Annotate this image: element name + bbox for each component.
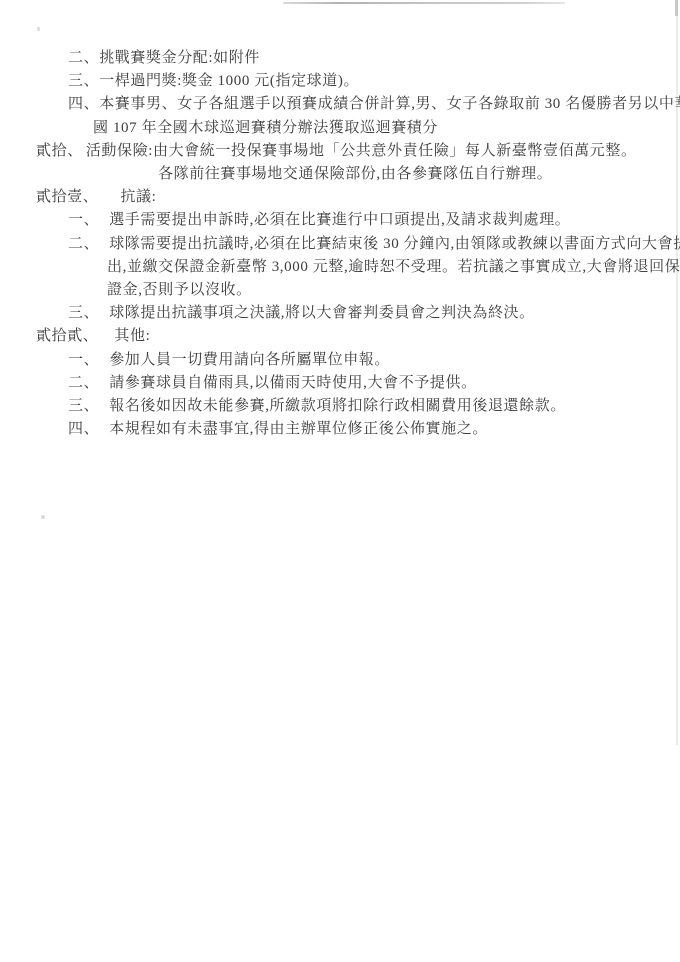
list-item: 一、選手需要提出申訴時,必須在比賽進行中口頭提出,及請求裁判處理。 — [68, 209, 660, 232]
list-item-text: 請參賽球員自備雨具,以備雨天時使用,大會不予提供。 — [109, 375, 477, 391]
list-item-text: 球隊提出抗議事項之決議,將以大會審判委員會之判決為終決。 — [109, 305, 535, 321]
scan-artifact-speck — [37, 27, 40, 31]
scan-artifact-right-edge-top — [675, 0, 678, 16]
list-item-text: 證金,否則予以沒收。 — [107, 282, 252, 298]
list-item: 二、球隊需要提出抗議時,必須在比賽結束後 30 分鐘內,由領隊或教練以書面方式向… — [68, 233, 660, 256]
list-item-text: 一桿過門獎:獎金 1000 元(指定球道)。 — [99, 73, 359, 89]
list-item: 四、本賽事男、女子各組選手以預賽成績合併計算,男、女子各錄取前 30 名優勝者另… — [68, 93, 660, 116]
continuation-line: 各隊前往賽事場地交通保險部份,由各參賽隊伍自行辦理。 — [158, 163, 660, 186]
list-item: 一、參加人員一切費用請向各所屬單位申報。 — [68, 349, 660, 372]
continuation-line: 出,並繳交保證金新臺幣 3,000 元整,逾時恕不受理。若抗議之事實成立,大會將… — [107, 256, 660, 279]
list-item: 三、報名後如因故未能參賽,所繳款項將扣除行政相關費用後退還餘款。 — [68, 395, 660, 418]
list-item-text: 本賽事男、女子各組選手以預賽成績合併計算,男、女子各錄取前 30 名優勝者另以中… — [99, 96, 680, 112]
list-marker: 二、 — [68, 372, 99, 395]
list-item: 二、挑戰賽獎金分配:如附件 — [68, 47, 660, 70]
list-marker: 三、 — [68, 70, 99, 93]
list-item-text: 報名後如因故未能參賽,所繳款項將扣除行政相關費用後退還餘款。 — [109, 398, 566, 414]
list-item-text: 本規程如有未盡事宜,得由主辦單位修正後公佈實施之。 — [109, 421, 488, 437]
section-text: 各隊前往賽事場地交通保險部份,由各參賽隊伍自行辦理。 — [158, 166, 552, 182]
list-marker: 二、 — [68, 47, 99, 70]
continuation-line: 證金,否則予以沒收。 — [107, 279, 660, 302]
list-marker: 四、 — [68, 93, 99, 116]
list-item-text: 球隊需要提出抗議時,必須在比賽結束後 30 分鐘內,由領隊或教練以書面方式向大會… — [109, 236, 680, 252]
list-item-text: 國 107 年全國木球巡迴賽積分辦法獲取巡迴賽積分 — [93, 120, 438, 136]
section-text: 其他: — [114, 328, 150, 344]
scanned-document-page: 二、挑戰賽獎金分配:如附件 三、一桿過門獎:獎金 1000 元(指定球道)。 四… — [0, 0, 680, 962]
list-marker: 三、 — [68, 395, 99, 418]
list-marker: 一、 — [68, 349, 99, 372]
document-body: 二、挑戰賽獎金分配:如附件 三、一桿過門獎:獎金 1000 元(指定球道)。 四… — [0, 47, 660, 441]
section-text: 活動保險:由大會統一投保賽事場地「公共意外責任險」每人新臺幣壹佰萬元整。 — [86, 143, 637, 159]
list-item: 三、一桿過門獎:獎金 1000 元(指定球道)。 — [68, 70, 660, 93]
list-item-text: 出,並繳交保證金新臺幣 3,000 元整,逾時恕不受理。若抗議之事實成立,大會將… — [107, 259, 680, 275]
section-marker: 貳拾、 — [36, 140, 83, 163]
section-heading: 貳拾、活動保險:由大會統一投保賽事場地「公共意外責任險」每人新臺幣壹佰萬元整。 — [36, 140, 660, 163]
scan-artifact-speck — [41, 515, 45, 519]
list-marker: 二、 — [68, 233, 99, 256]
list-item: 二、請參賽球員自備雨具,以備雨天時使用,大會不予提供。 — [68, 372, 660, 395]
list-item: 四、本規程如有未盡事宜,得由主辦單位修正後公佈實施之。 — [68, 418, 660, 441]
continuation-line: 國 107 年全國木球巡迴賽積分辦法獲取巡迴賽積分 — [93, 117, 660, 140]
section-text: 抗議: — [120, 189, 156, 205]
list-marker: 三、 — [68, 302, 99, 325]
section-heading: 貳拾貳、其他: — [36, 325, 660, 348]
list-item-text: 選手需要提出申訴時,必須在比賽進行中口頭提出,及請求裁判處理。 — [109, 212, 570, 228]
section-heading: 貳拾壹、抗議: — [36, 186, 660, 209]
section-marker: 貳拾貳、 — [36, 325, 98, 348]
list-item-text: 參加人員一切費用請向各所屬單位申報。 — [109, 352, 390, 368]
scan-artifact-top-line — [283, 2, 565, 4]
section-marker: 貳拾壹、 — [36, 186, 98, 209]
list-marker: 四、 — [68, 418, 99, 441]
list-item: 三、球隊提出抗議事項之決議,將以大會審判委員會之判決為終決。 — [68, 302, 660, 325]
list-marker: 一、 — [68, 209, 99, 232]
list-item-text: 挑戰賽獎金分配:如附件 — [99, 50, 260, 66]
